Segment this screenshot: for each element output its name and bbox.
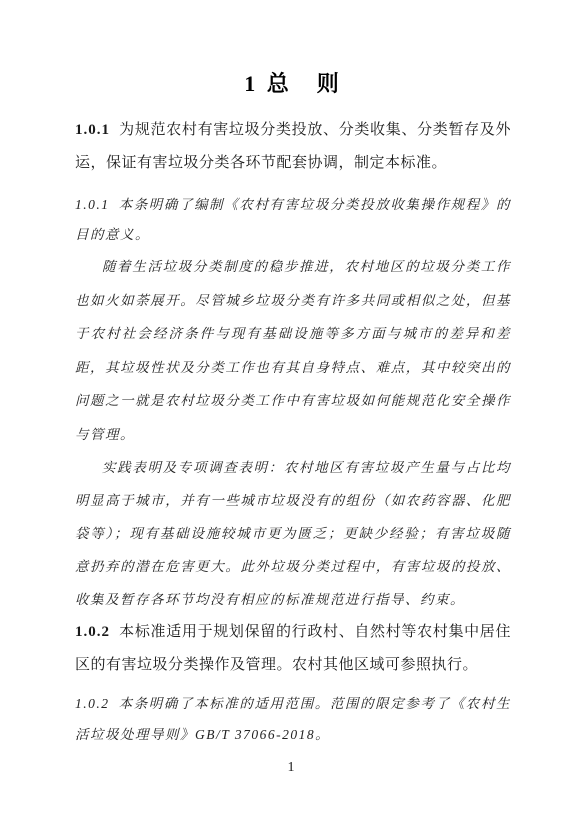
commentary-paragraph-findings: 实践表明及专项调查表明：农村地区有害垃圾产生量与占比均明显高于城市，并有一些城市… <box>75 451 511 616</box>
commentary-paragraph-background: 随着生活垃圾分类制度的稳步推进，农村地区的垃圾分类工作也如火如荼展开。尽管城乡垃… <box>75 250 511 451</box>
commentary-paragraph-1-0-2: 1.0.2本条明确了本标准的适用范围。范围的限定参考了《农村生活垃圾处理导则》G… <box>75 688 511 750</box>
commentary-text: 本条明确了本标准的适用范围。范围的限定参考了《农村生活垃圾处理导则》GB/T 3… <box>75 696 511 742</box>
page-number: 1 <box>0 760 582 776</box>
commentary-number: 1.0.2 <box>75 696 110 711</box>
clause-text: 为规范农村有害垃圾分类投放、分类收集、分类暂存及外运，保证有害垃圾分类各环节配套… <box>75 122 511 171</box>
clause-paragraph-1-0-1: 1.0.1为规范农村有害垃圾分类投放、分类收集、分类暂存及外运，保证有害垃圾分类… <box>75 114 511 180</box>
clause-number: 1.0.1 <box>75 122 110 138</box>
page-content: 1 总 则 1.0.1为规范农村有害垃圾分类投放、分类收集、分类暂存及外运，保证… <box>0 0 582 750</box>
clause-text: 本标准适用于规划保留的行政村、自然村等农村集中居住区的有害垃圾分类操作及管理。农… <box>75 624 511 673</box>
commentary-number: 1.0.1 <box>75 197 110 212</box>
commentary-text: 本条明确了编制《农村有害垃圾分类投放收集操作规程》的目的意义。 <box>75 197 511 242</box>
clause-number: 1.0.2 <box>75 624 110 640</box>
document-page: 1 总 则 1.0.1为规范农村有害垃圾分类投放、分类收集、分类暂存及外运，保证… <box>0 0 582 826</box>
section-title: 1 总 则 <box>75 70 511 98</box>
clause-paragraph-1-0-2: 1.0.2本标准适用于规划保留的行政村、自然村等农村集中居住区的有害垃圾分类操作… <box>75 616 511 682</box>
commentary-paragraph-1-0-1: 1.0.1本条明确了编制《农村有害垃圾分类投放收集操作规程》的目的意义。 <box>75 190 511 250</box>
